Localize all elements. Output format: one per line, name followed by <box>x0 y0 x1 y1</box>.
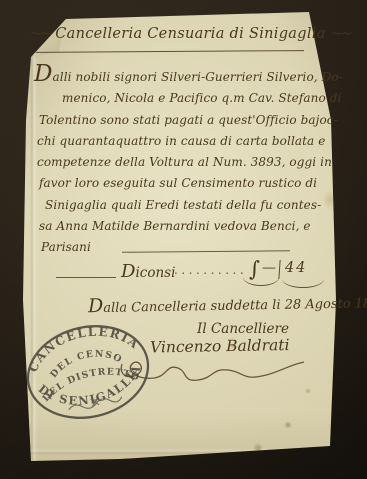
stamp-line-di-senigallia: DI SENIGALLIA <box>34 359 150 418</box>
svg-text:DI SENIGALLIA: DI SENIGALLIA <box>34 359 150 418</box>
body-line: favor loro eseguita sul Censimento rusti… <box>39 173 339 194</box>
diconsi-label: Diconsi <box>121 261 175 282</box>
scudi-dash: — <box>262 260 276 276</box>
body-line: competenze della Voltura al Num. 3893, o… <box>37 152 339 173</box>
body-line: Sinigaglia quali Eredi testati della fu … <box>45 195 339 216</box>
baiocchi-value: 44 <box>285 260 307 276</box>
signature-role: Il Cancelliere <box>178 321 308 337</box>
title-flourish-right: ~~ <box>331 26 351 42</box>
body-line: Dalli nobili signori Silveri-Guerrieri S… <box>34 67 339 88</box>
document-body: Dalli nobili signori Silveri-Guerrieri S… <box>34 67 339 259</box>
diconsi-leading-rule <box>56 277 116 278</box>
title-flourish-left: ~~ <box>30 26 50 42</box>
body-line: sa Anna Matilde Bernardini vedova Benci,… <box>39 216 339 237</box>
body-line: Tolentino sono stati pagati a quest'Offi… <box>39 110 339 131</box>
leader-dots: .......... <box>174 263 247 277</box>
photo-of-document: ~~ Cancelleria Censuaria di Sinigaglia ~… <box>0 0 367 479</box>
document-title-row: ~~ Cancelleria Censuaria di Sinigaglia ~… <box>30 26 316 42</box>
document-title: Cancelleria Censuaria di Sinigaglia <box>55 26 325 42</box>
body-line: chi quarantaquattro in causa di carta bo… <box>37 131 339 152</box>
body-line: menico, Nicola e Pacifico q.m Cav. Stefa… <box>62 88 339 109</box>
